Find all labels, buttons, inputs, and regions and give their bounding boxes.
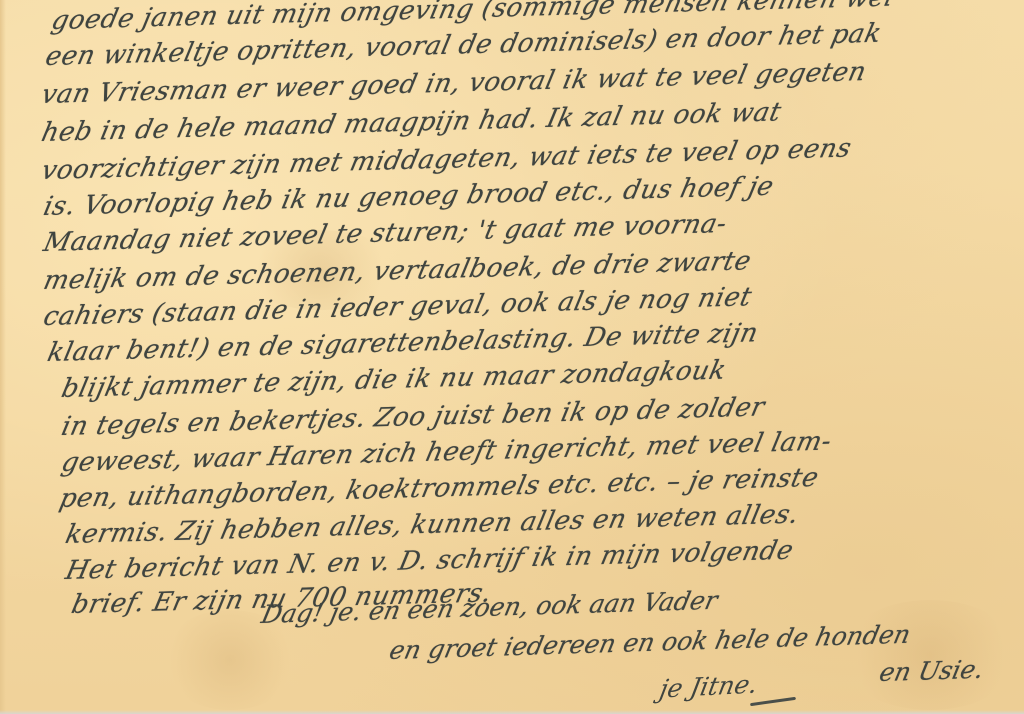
letter-signature: je Jitne.: [657, 669, 760, 703]
paper-stain: [840, 600, 1020, 710]
letter-closing-regards: en groet iedereen en ook hele de honden: [387, 620, 913, 666]
signature-underline: [750, 697, 796, 706]
letter-page: goede janen uit mijn omgeving (sommige m…: [0, 0, 1024, 714]
letter-postscript: en Usie.: [877, 655, 987, 687]
